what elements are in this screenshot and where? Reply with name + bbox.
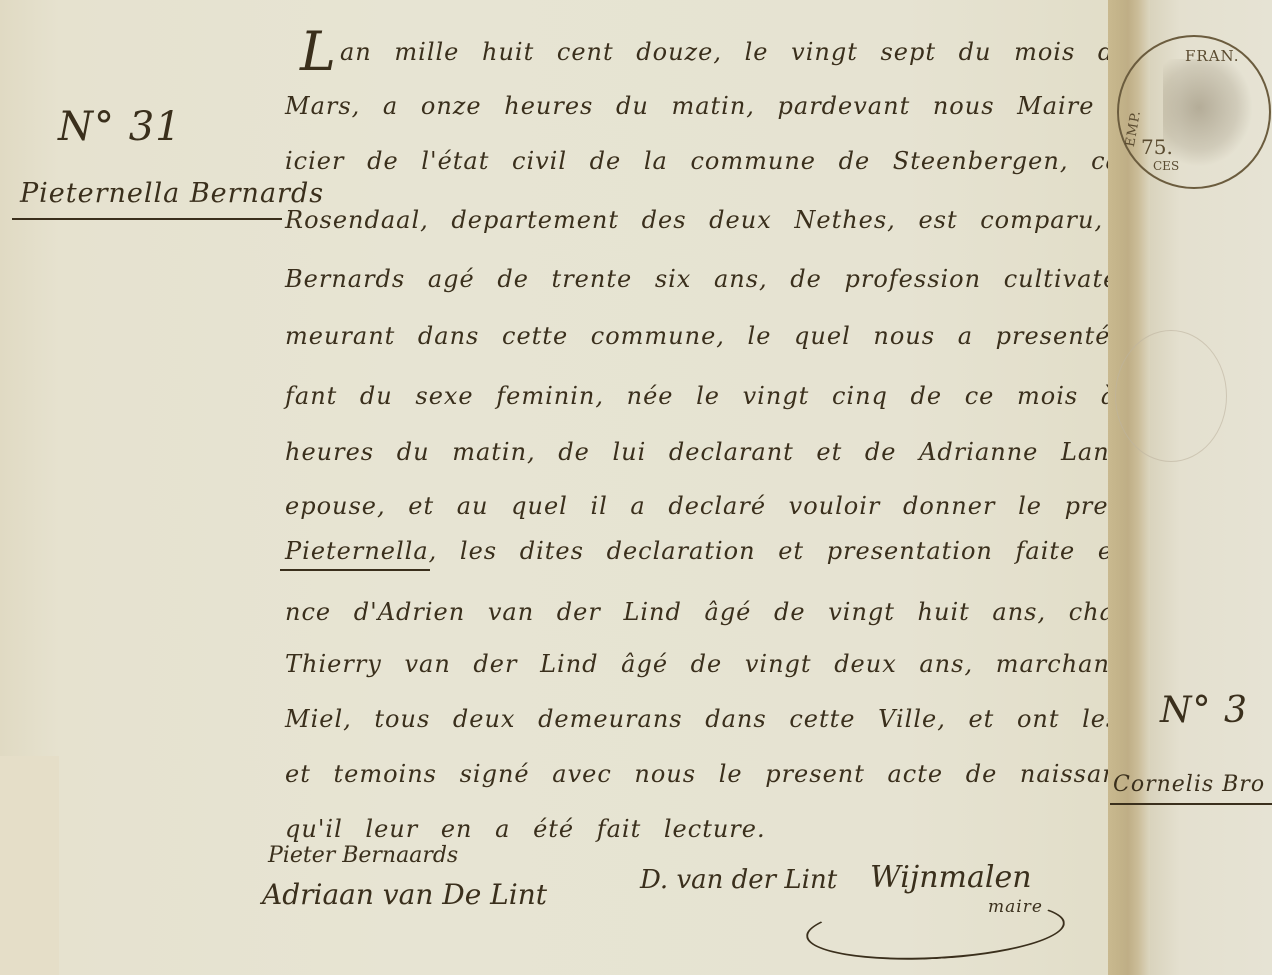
entry-number: N° 31 [58, 104, 182, 150]
embossed-seal [1115, 330, 1227, 462]
stamp-unit: CES [1153, 159, 1179, 173]
subject-name-margin: Pieternella Bernards [20, 178, 324, 209]
margin-underline [12, 218, 282, 220]
signature-mayor: Wijnmalen [870, 860, 1032, 895]
record-line-8: heures du matin, de lui declarant et de … [285, 438, 1209, 466]
drop-cap: L [300, 20, 337, 83]
record-line-9: epouse, et au quel il a declaré vouloir … [285, 492, 1218, 520]
record-line-12: Thierry van der Lind âgé de vingt deux a… [285, 650, 1175, 678]
record-line-10: Pieternella, les dites declaration et pr… [285, 537, 1234, 565]
record-line-5: Bernards agé de trente six ans, de profe… [285, 265, 1217, 293]
record-line-13: Miel, tous deux demeurans dans cette Vil… [285, 705, 1201, 733]
right-margin-underline [1110, 803, 1272, 805]
signature-witness-2: D. van der Lint [640, 865, 837, 895]
right-entry-number: N° 3 [1160, 690, 1248, 731]
signature-witness-1: Adriaan van De Lint [262, 878, 547, 911]
record-line-7: fant du sexe feminin, née le vingt cinq … [285, 382, 1225, 410]
scan-corner-patch [0, 756, 59, 975]
tax-stamp: FRAN. EMP. 75. CES [1117, 35, 1271, 189]
mayor-title: maire [988, 897, 1043, 917]
given-name-underline [280, 569, 430, 571]
right-subject-name: Cornelis Bro [1113, 772, 1265, 797]
stamp-value: 75. [1141, 135, 1173, 159]
record-line-4: Rosendaal, departement des deux Nethes, … [285, 206, 1207, 234]
record-line-1: an mille huit cent douze, le vingt sept … [340, 38, 1129, 66]
record-line-15: qu'il leur en a été fait lecture. [285, 815, 766, 843]
record-line-2: Mars, a onze heures du matin, pardevant … [285, 92, 1161, 120]
signature-father: Pieter Bernaards [268, 843, 458, 868]
record-line-6: meurant dans cette commune, le quel nous… [285, 322, 1233, 350]
seated-figure-icon [1163, 59, 1253, 167]
stamp-top-text: FRAN. [1185, 47, 1239, 65]
record-line-3: icier de l'état civil de la commune de S… [285, 147, 1234, 175]
